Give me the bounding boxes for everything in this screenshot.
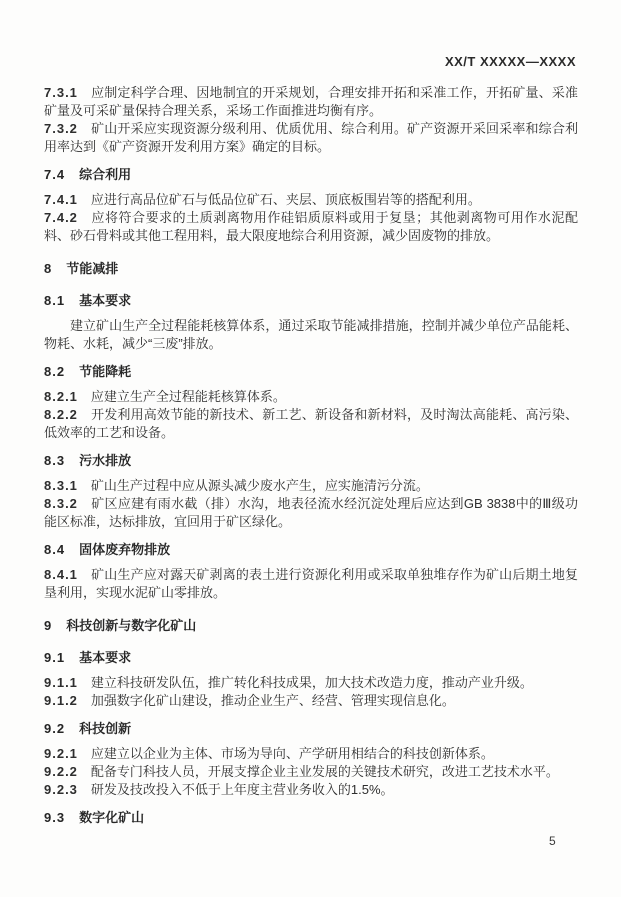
clause-number: 9.1.1 xyxy=(44,675,78,690)
clause-number: 9.3 xyxy=(44,810,65,825)
clause-text: 科技创新与数字化矿山 xyxy=(66,618,196,633)
clause-text: 矿山生产应对露天矿剥离的表土进行资源化利用或采取单独堆存作为矿山后期土地复垦利用… xyxy=(44,567,578,600)
clause-paragraph: 9.1.2加强数字化矿山建设，推动企业生产、经营、管理实现信息化。 xyxy=(44,692,578,710)
clause-paragraph: 8.2.1应建立生产全过程能耗核算体系。 xyxy=(44,388,578,406)
clause-text: 加强数字化矿山建设，推动企业生产、经营、管理实现信息化。 xyxy=(91,693,455,708)
clause-text: 科技创新 xyxy=(79,721,131,736)
clause-number: 9.2.2 xyxy=(44,764,78,779)
clause-text: 节能减排 xyxy=(66,261,118,276)
clause-number: 8 xyxy=(44,261,52,276)
document-page: XX/T XXXXX—XXXX 7.3.1应制定科学合理、因地制宜的开采规划，合… xyxy=(0,0,621,897)
clause-number: 9.2.3 xyxy=(44,782,78,797)
clause-paragraph: 9.1.1建立科技研发队伍，推广转化科技成果，加大技术改造力度，推动产业升级。 xyxy=(44,674,578,692)
clause-number: 7.4.2 xyxy=(44,210,78,225)
clause-number: 9.1 xyxy=(44,650,65,665)
clause-paragraph: 9.2.1应建立以企业为主体、市场为导向、产学研用相结合的科技创新体系。 xyxy=(44,745,578,763)
section-heading: 8.4固体废弃物排放 xyxy=(44,541,578,559)
section-heading: 8.1基本要求 xyxy=(44,292,578,310)
clause-number: 7.3.2 xyxy=(44,121,78,136)
clause-text: 研发及技改投入不低于上年度主营业务收入的1.5%。 xyxy=(91,782,394,797)
clause-text: 矿区应建有雨水截（排）水沟，地表径流水经沉淀处理后应达到GB 3838中的Ⅲ级功… xyxy=(44,496,578,529)
page-number: 5 xyxy=(549,834,556,848)
clause-text: 固体废弃物排放 xyxy=(79,542,170,557)
body-paragraph: 建立矿山生产全过程能耗核算体系，通过采取节能减排措施，控制并减少单位产品能耗、物… xyxy=(44,317,578,353)
clause-text: 矿山开采应实现资源分级利用、优质优用、综合利用。矿产资源开采回采率和综合利用率达… xyxy=(44,121,578,154)
clause-number: 8.3 xyxy=(44,453,65,468)
section-heading: 9.2科技创新 xyxy=(44,720,578,738)
clause-number: 8.1 xyxy=(44,293,65,308)
clause-number: 9.2 xyxy=(44,721,65,736)
chapter-heading: 8节能减排 xyxy=(44,260,578,278)
clause-paragraph: 7.3.2矿山开采应实现资源分级利用、优质优用、综合利用。矿产资源开采回采率和综… xyxy=(44,120,578,156)
clause-number: 8.2.1 xyxy=(44,389,78,404)
clause-number: 8.3.2 xyxy=(44,496,78,511)
clause-text: 基本要求 xyxy=(79,293,131,308)
clause-paragraph: 8.2.2开发利用高效节能的新技术、新工艺、新设备和新材料，及时淘汰高能耗、高污… xyxy=(44,406,578,442)
doc-code-header: XX/T XXXXX—XXXX xyxy=(44,54,576,69)
section-heading: 7.4综合利用 xyxy=(44,166,578,184)
clause-text: 配备专门科技人员，开展支撑企业主业发展的关键技术研究，改进工艺技术水平。 xyxy=(91,764,559,779)
clause-text: 污水排放 xyxy=(79,453,131,468)
clause-text: 应将符合要求的土质剥离物用作硅铝质原料或用于复垦；其他剥离物可用作水泥配料、砂石… xyxy=(44,210,578,243)
clause-text: 应建立生产全过程能耗核算体系。 xyxy=(91,389,286,404)
clause-paragraph: 7.4.2应将符合要求的土质剥离物用作硅铝质原料或用于复垦；其他剥离物可用作水泥… xyxy=(44,209,578,245)
clause-number: 7.3.1 xyxy=(44,85,78,100)
section-heading: 8.2节能降耗 xyxy=(44,363,578,381)
clause-text: 建立矿山生产全过程能耗核算体系，通过采取节能减排措施，控制并减少单位产品能耗、物… xyxy=(44,318,578,351)
clause-number: 8.3.1 xyxy=(44,478,78,493)
clause-number: 9.1.2 xyxy=(44,693,78,708)
clause-text: 应建立以企业为主体、市场为导向、产学研用相结合的科技创新体系。 xyxy=(91,746,494,761)
clause-number: 8.2.2 xyxy=(44,407,78,422)
clause-text: 综合利用 xyxy=(79,167,131,182)
clause-text: 应制定科学合理、因地制宜的开采规划，合理安排开拓和采准工作，开拓矿量、采准矿量及… xyxy=(44,85,578,118)
section-heading: 9.1基本要求 xyxy=(44,649,578,667)
clause-paragraph: 7.3.1应制定科学合理、因地制宜的开采规划，合理安排开拓和采准工作，开拓矿量、… xyxy=(44,84,578,120)
clause-paragraph: 9.2.2配备专门科技人员，开展支撑企业主业发展的关键技术研究，改进工艺技术水平… xyxy=(44,763,578,781)
clause-text: 应进行高品位矿石与低品位矿石、夹层、顶底板围岩等的搭配利用。 xyxy=(91,192,481,207)
clause-paragraph: 9.2.3研发及技改投入不低于上年度主营业务收入的1.5%。 xyxy=(44,781,578,799)
clause-text: 开发利用高效节能的新技术、新工艺、新设备和新材料，及时淘汰高能耗、高污染、低效率… xyxy=(44,407,578,440)
section-heading: 8.3污水排放 xyxy=(44,452,578,470)
clause-text: 基本要求 xyxy=(79,650,131,665)
clause-text: 建立科技研发队伍，推广转化科技成果，加大技术改造力度，推动产业升级。 xyxy=(91,675,533,690)
clause-paragraph: 8.3.2矿区应建有雨水截（排）水沟，地表径流水经沉淀处理后应达到GB 3838… xyxy=(44,495,578,531)
clause-paragraph: 7.4.1应进行高品位矿石与低品位矿石、夹层、顶底板围岩等的搭配利用。 xyxy=(44,191,578,209)
clause-text: 数字化矿山 xyxy=(79,810,144,825)
clause-text: 矿山生产过程中应从源头减少废水产生，应实施清污分流。 xyxy=(91,478,429,493)
clause-number: 9.2.1 xyxy=(44,746,78,761)
clause-text: 节能降耗 xyxy=(79,364,131,379)
clause-number: 8.2 xyxy=(44,364,65,379)
section-heading: 9.3数字化矿山 xyxy=(44,809,578,827)
clause-paragraph: 8.4.1矿山生产应对露天矿剥离的表土进行资源化利用或采取单独堆存作为矿山后期土… xyxy=(44,566,578,602)
clause-number: 8.4 xyxy=(44,542,65,557)
chapter-heading: 9科技创新与数字化矿山 xyxy=(44,617,578,635)
clause-number: 7.4.1 xyxy=(44,192,78,207)
clause-number: 9 xyxy=(44,618,52,633)
document-body: 7.3.1应制定科学合理、因地制宜的开采规划，合理安排开拓和采准工作，开拓矿量、… xyxy=(44,84,578,834)
clause-paragraph: 8.3.1矿山生产过程中应从源头减少废水产生，应实施清污分流。 xyxy=(44,477,578,495)
clause-number: 8.4.1 xyxy=(44,567,78,582)
clause-number: 7.4 xyxy=(44,167,65,182)
